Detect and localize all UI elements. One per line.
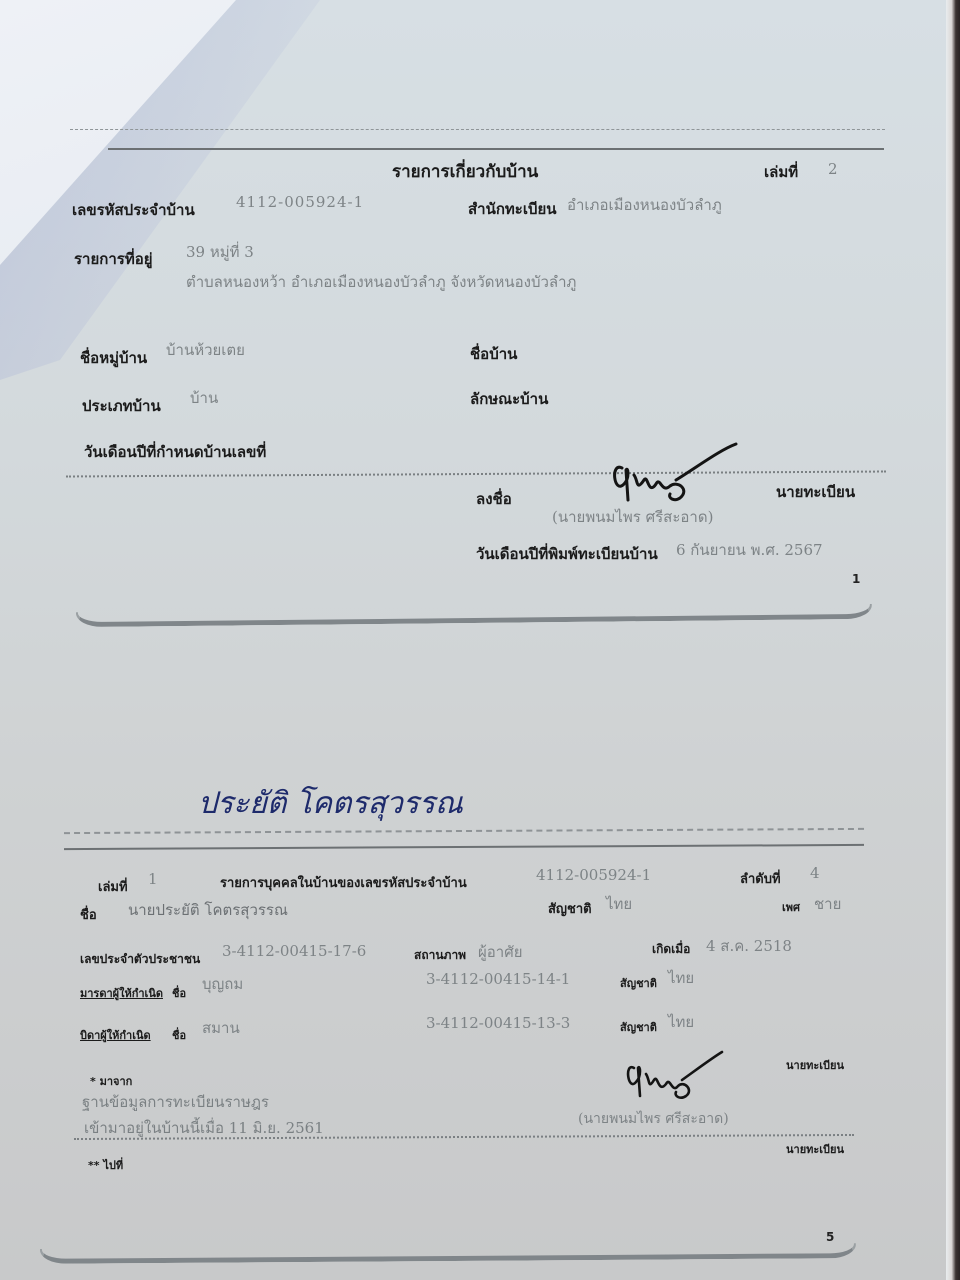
volume-value: 2 (828, 160, 838, 178)
house-type-label: ประเภทบ้าน (82, 394, 161, 418)
signature-label: ลงชื่อ (476, 487, 512, 511)
address-line1: 39 หมู่ที่ 3 (186, 240, 254, 264)
volume-label: เล่มที่ (764, 160, 798, 184)
mother-label: มารดาผู้ให้กำเนิด (80, 984, 163, 1002)
status-value: ผู้อาศัย (478, 940, 523, 964)
handwritten-name: ประยัติ โคตรสุวรรณ (198, 780, 463, 827)
person-house-code: 4112-005924-1 (536, 866, 651, 884)
perforation-line (70, 129, 885, 130)
birth-label: เกิดเมื่อ (652, 940, 690, 959)
address-label: รายการที่อยู่ (74, 247, 153, 271)
page-number-2: 5 (826, 1230, 834, 1244)
father-name-label: ชื่อ (172, 1026, 186, 1044)
name-label: ชื่อ (80, 904, 97, 925)
registrar-title-1: นายทะเบียน (786, 1056, 844, 1074)
registrar-title: นายทะเบียน (776, 480, 855, 504)
page-number: 1 (852, 572, 860, 586)
house-info-title: รายการเกี่ยวกับบ้าน (392, 158, 538, 185)
document-edge (946, 0, 960, 1280)
registration-office-label: สำนักทะเบียน (468, 197, 557, 221)
registrar-name-2: (นายพนมไพร ศรีสะอาด) (578, 1108, 729, 1130)
nationality-value: ไทย (606, 892, 632, 916)
registrar-signature (600, 440, 750, 510)
person-volume-value: 1 (148, 870, 158, 888)
order-label: ลำดับที่ (740, 868, 781, 889)
moved-from-line1: ฐานข้อมูลการทะเบียนราษฎร (82, 1090, 269, 1114)
house-character-label: ลักษณะบ้าน (470, 387, 548, 411)
registrar-title-2: นายทะเบียน (786, 1140, 844, 1158)
father-id-value: 3-4112-00415-13-3 (426, 1014, 570, 1032)
mother-id-value: 3-4112-00415-14-1 (426, 970, 570, 988)
moved-from-label: * มาจาก (90, 1072, 132, 1090)
status-label: สถานภาพ (414, 946, 466, 965)
nationality-label: สัญชาติ (548, 898, 592, 919)
id-value: 3-4112-00415-17-6 (222, 942, 366, 960)
mother-nationality-label: สัญชาติ (620, 974, 657, 992)
registrar-name: (นายพนมไพร ศรีสะอาด) (552, 505, 713, 529)
mother-name-label: ชื่อ (172, 984, 186, 1002)
address-line2: ตำบลหนองหว้า อำเภอเมืองหนองบัวลำภู จังหว… (186, 270, 576, 294)
house-code-value: 4112-005924-1 (236, 193, 364, 211)
house-name-label: ชื่อบ้าน (470, 342, 517, 366)
house-code-label: เลขรหัสประจำบ้าน (72, 198, 195, 222)
house-number-date-label: วันเดือนปีที่กำหนดบ้านเลขที่ (84, 440, 266, 464)
registration-office-value: อำเภอเมืองหนองบัวลำภู (567, 193, 722, 217)
father-name-value: สมาน (202, 1016, 240, 1040)
village-name-value: บ้านห้วยเตย (166, 338, 245, 362)
mother-nationality-value: ไทย (668, 966, 694, 990)
card-top-rule (108, 148, 884, 150)
father-nationality-value: ไทย (668, 1010, 694, 1034)
print-date-label: วันเดือนปีที่พิมพ์ทะเบียนบ้าน (476, 542, 658, 566)
father-nationality-label: สัญชาติ (620, 1018, 657, 1036)
father-label: บิดาผู้ให้กำเนิด (80, 1026, 151, 1044)
id-label: เลขประจำตัวประชาชน (80, 950, 200, 969)
name-value: นายประยัติ โคตรสุวรรณ (128, 898, 288, 922)
sex-value: ชาย (814, 892, 841, 916)
person-volume-label: เล่มที่ (98, 876, 128, 897)
birth-value: 4 ส.ค. 2518 (706, 934, 792, 958)
order-value: 4 (810, 864, 820, 882)
registrar-signature-2 (620, 1048, 730, 1104)
village-name-label: ชื่อหมู่บ้าน (80, 346, 147, 370)
mother-name-value: บุญถม (202, 972, 243, 996)
person-list-title: รายการบุคคลในบ้านของเลขรหัสประจำบ้าน (220, 872, 467, 893)
sex-label: เพศ (782, 898, 800, 916)
house-type-value: บ้าน (190, 386, 218, 410)
moved-to-label: ** ไปที่ (88, 1156, 123, 1174)
print-date-value: 6 กันยายน พ.ศ. 2567 (676, 538, 823, 562)
